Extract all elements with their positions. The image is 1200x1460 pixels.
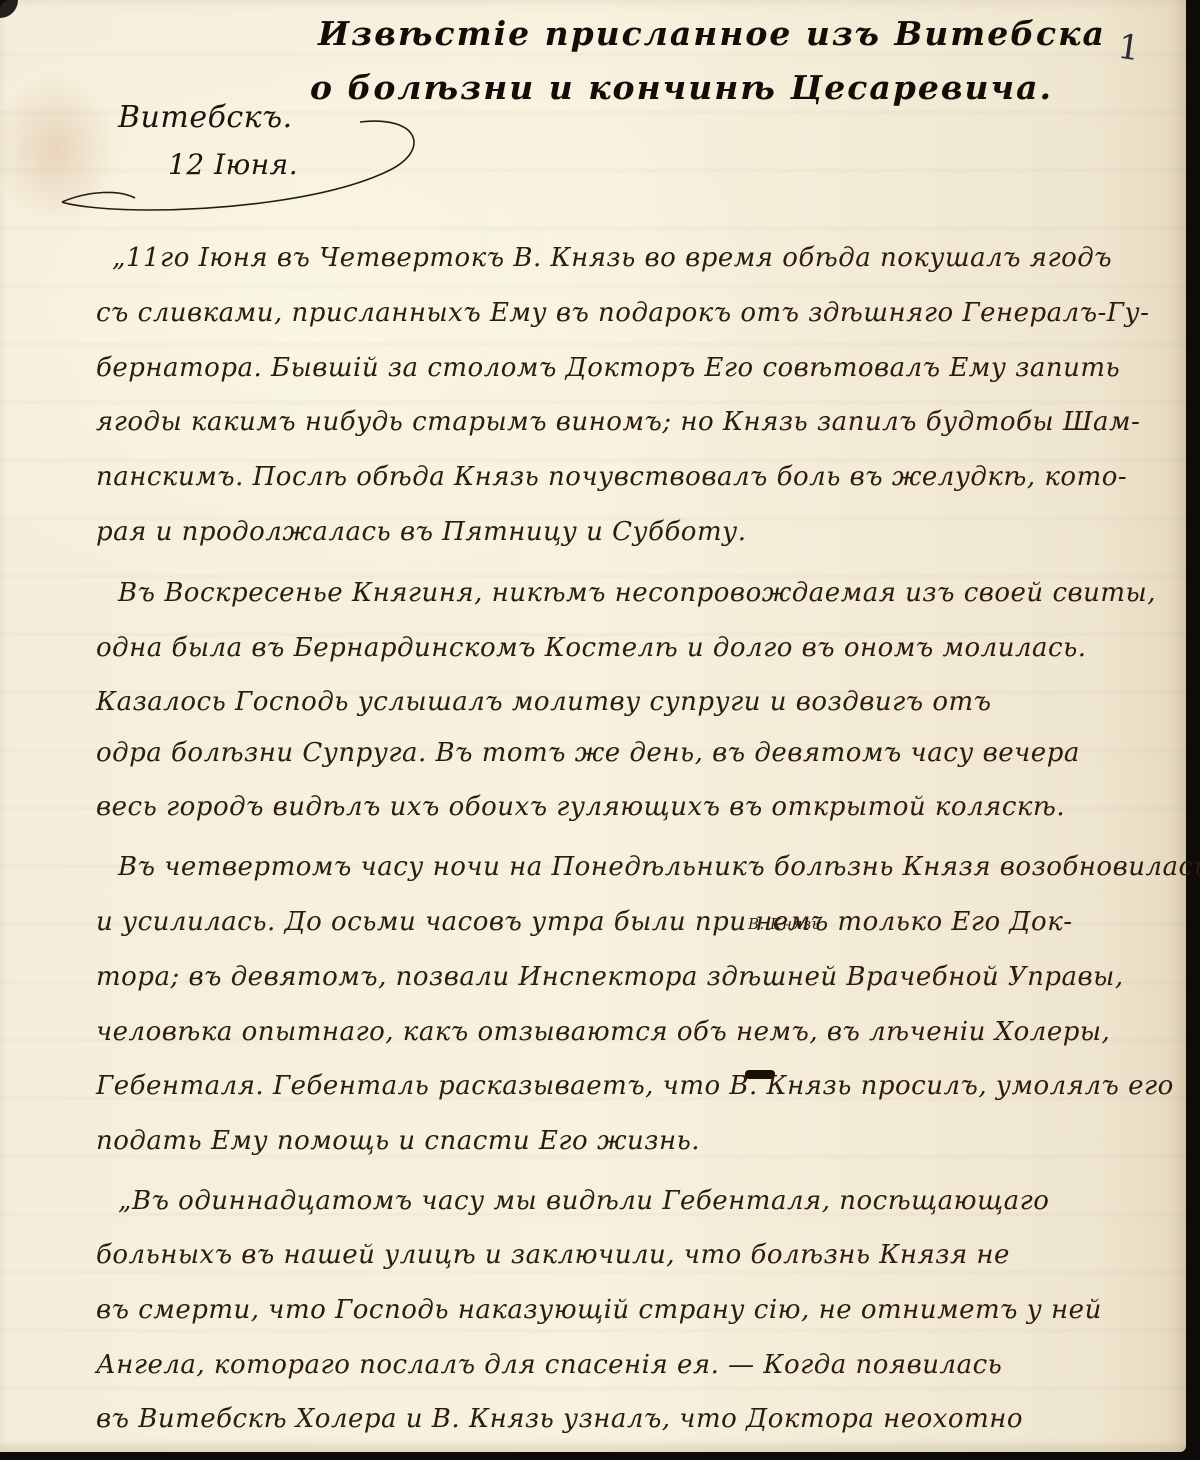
body-line: Въ Воскресенье Княгиня, никѣмъ несопрово…: [118, 578, 1156, 608]
heading-line-1: Извѣстіе присланное изъ Витебска: [318, 14, 1106, 53]
body-line: Казалось Господь услышалъ молитву супруг…: [96, 687, 991, 717]
body-line: Въ четвертомъ часу ночи на Понедѣльникъ …: [118, 852, 1200, 882]
body-line: человѣка опытнаго, какъ отзываются объ н…: [96, 1017, 1110, 1047]
body-line: съ сливками, присланныхъ Ему въ подарокъ…: [96, 298, 1149, 328]
body-line: одра болѣзни Супруга. Въ тотъ же день, в…: [96, 738, 1080, 768]
body-line: ягоды какимъ нибудь старымъ виномъ; но К…: [96, 407, 1140, 437]
body-line: Гебенталя. Гебенталь расказываетъ, что В…: [96, 1071, 1174, 1101]
date-flourish-icon: [60, 110, 460, 220]
body-line: „Въ одиннадцатомъ часу мы видѣли Гебента…: [118, 1186, 1049, 1216]
body-line: въ Витебскѣ Холера и В. Князь узналъ, чт…: [96, 1404, 1023, 1434]
body-line: и усилилась. До осьми часовъ утра были п…: [96, 907, 1073, 937]
body-line: Ангела, котораго послалъ для спасенія ея…: [96, 1350, 1002, 1380]
body-line: „11го Іюня въ Четвертокъ В. Князь во вре…: [112, 243, 1112, 273]
body-line: панскимъ. Послѣ обѣда Князь почувствовал…: [96, 462, 1127, 492]
body-line: тора; въ девятомъ, позвали Инспектора зд…: [96, 962, 1124, 992]
body-line: весь городъ видѣлъ ихъ обоихъ гуляющихъ …: [96, 792, 1065, 822]
body-line: больныхъ въ нашей улицѣ и заключили, что…: [96, 1240, 1010, 1270]
body-line: въ смерти, что Господь наказующій страну…: [96, 1295, 1102, 1325]
body-line: подать Ему помощь и спасти Его жизнь.: [96, 1126, 700, 1156]
heading-line-2: о болѣзни и кончинѣ Цесаревича.: [310, 68, 1053, 107]
page-corner-shadow: [0, 0, 18, 18]
interlinear-insertion: В. Князь: [748, 915, 820, 933]
body-line: одна была въ Бернардинскомъ Костелѣ и до…: [96, 633, 1087, 663]
manuscript-page: Извѣстіе присланное изъ Витебска о болѣз…: [0, 0, 1186, 1452]
page-number: 1: [1115, 27, 1142, 70]
body-line: бернатора. Бывшій за столомъ Докторъ Его…: [96, 353, 1120, 383]
body-line: рая и продолжалась въ Пятницу и Субботу.: [96, 517, 746, 547]
